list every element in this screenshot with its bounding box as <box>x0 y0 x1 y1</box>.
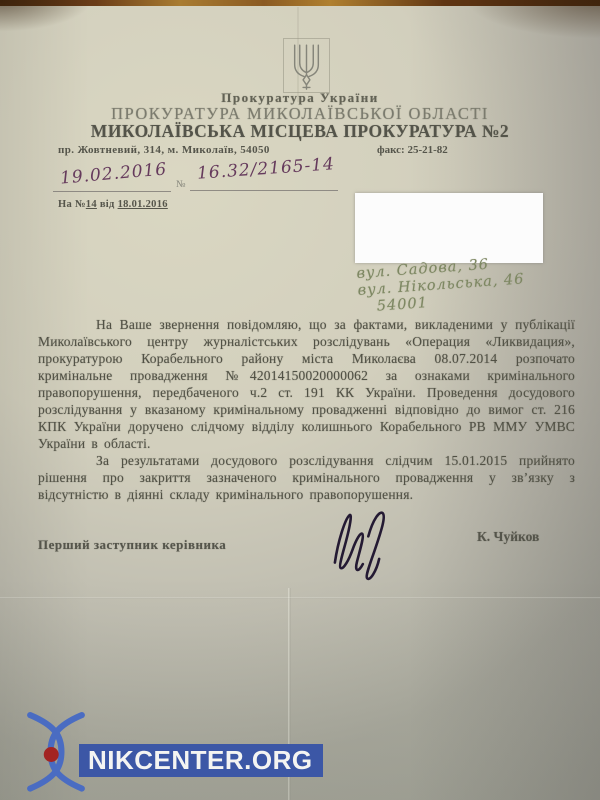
document-photo: Прокуратура України ПРОКУРАТУРА МИКОЛАЇВ… <box>0 0 600 800</box>
handwritten-outgoing-number: 16.32/2165-14 <box>196 154 335 184</box>
body-paragraph-1: На Ваше звернення повідомляю, що за факт… <box>38 316 575 452</box>
reply-prefix: На № <box>58 199 86 210</box>
signer-name: К. Чуйков <box>477 529 539 545</box>
signer-title: Перший заступник керівника <box>38 537 226 553</box>
reply-reference-line: На №14 від 18.01.2016 <box>58 199 168 210</box>
reply-mid: від <box>97 199 118 210</box>
ukraine-trident-emblem <box>283 38 330 93</box>
wooden-table-edge <box>0 0 600 6</box>
org-name-local: МИКОЛАЇВСЬКА МІСЦЕВА ПРОКУРАТУРА №2 <box>0 121 600 142</box>
number-underline <box>190 190 338 191</box>
reply-number: 14 <box>86 199 97 210</box>
letter-body: На Ваше звернення повідомляю, що за факт… <box>38 316 575 503</box>
watermark-site-text: NIKCENTER.ORG <box>88 745 313 776</box>
handwritten-date: 19.02.2016 <box>59 159 168 188</box>
trident-icon <box>286 41 327 90</box>
handwritten-recipient-address: вул. Садова, 36 вул. Нікольська, 46 5400… <box>356 254 526 317</box>
org-address: пр. Жовтневий, 314, м. Миколаїв, 54050 <box>58 144 270 156</box>
org-fax: факс: 25-21-82 <box>377 144 448 156</box>
body-paragraph-2: За результатами досудового розслідування… <box>38 452 575 503</box>
handwritten-signature <box>320 500 404 584</box>
number-sign: № <box>176 179 186 190</box>
date-underline <box>53 191 171 192</box>
redacted-recipient-block <box>355 193 543 263</box>
watermark-site-banner: NIKCENTER.ORG <box>79 744 323 777</box>
paper-fold-horizontal <box>0 597 600 599</box>
reply-date: 18.01.2016 <box>118 199 168 210</box>
